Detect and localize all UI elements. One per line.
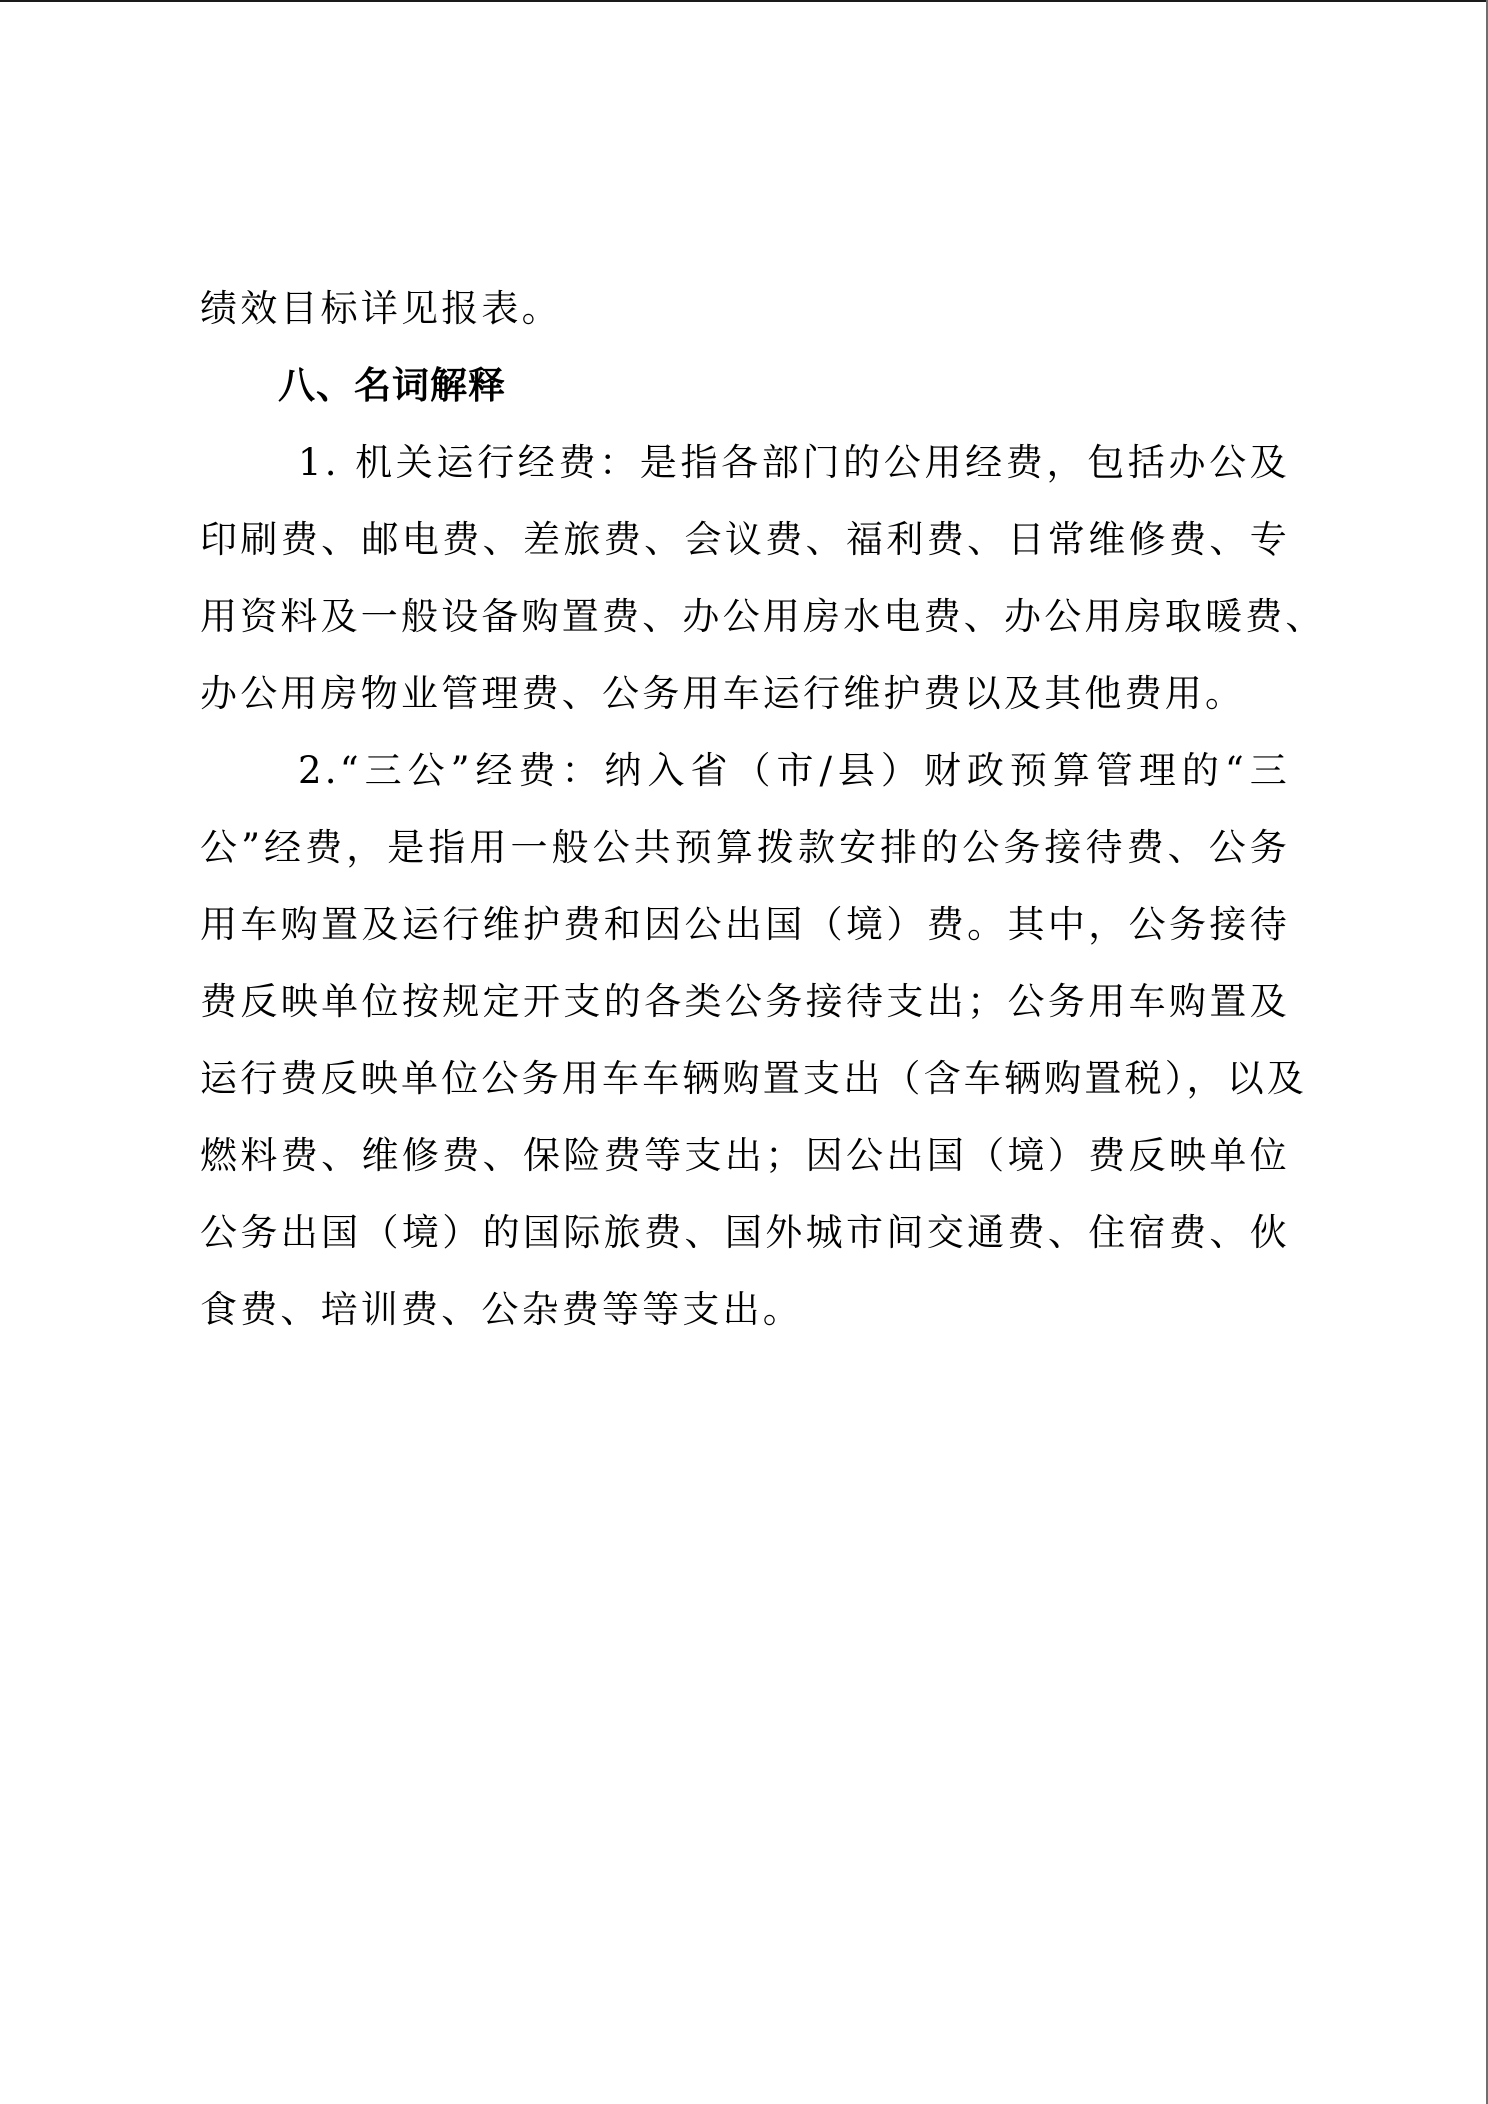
paragraph-line: 2.“三公”经费：纳入省（市/县）财政预算管理的“三 [200,732,1290,809]
paragraph-line: 公务出国（境）的国际旅费、国外城市间交通费、住宿费、伙 [200,1194,1290,1271]
paragraph-line: 办公用房物业管理费、公务用车运行维护费以及其他费用。 [200,655,1290,732]
paragraph-line: 1. 机关运行经费：是指各部门的公用经费，包括办公及 [200,424,1290,501]
intro-line: 绩效目标详见报表。 [200,270,1290,347]
paragraph-line: 燃料费、维修费、保险费等支出；因公出国（境）费反映单位 [200,1117,1290,1194]
paragraph-line: 用资料及一般设备购置费、办公用房水电费、办公用房取暖费、 [200,578,1290,655]
paragraph-line: 食费、培训费、公杂费等等支出。 [200,1271,1290,1348]
paragraph-line: 费反映单位按规定开支的各类公务接待支出；公务用车购置及 [200,963,1290,1040]
paragraph-line: 公”经费，是指用一般公共预算拨款安排的公务接待费、公务 [200,809,1290,886]
paragraph-line: 用车购置及运行维护费和因公出国（境）费。其中，公务接待 [200,886,1290,963]
paragraph-line: 印刷费、邮电费、差旅费、会议费、福利费、日常维修费、专 [200,501,1290,578]
term-paragraph-2: 2.“三公”经费：纳入省（市/县）财政预算管理的“三 公”经费，是指用一般公共预… [200,732,1290,1348]
section-heading: 八、名词解释 [200,347,1290,424]
document-body: 绩效目标详见报表。 八、名词解释 1. 机关运行经费：是指各部门的公用经费，包括… [200,270,1290,1348]
page-top-border [0,0,1488,2]
paragraph-line: 运行费反映单位公务用车车辆购置支出（含车辆购置税），以及 [200,1040,1290,1117]
term-paragraph-1: 1. 机关运行经费：是指各部门的公用经费，包括办公及 印刷费、邮电费、差旅费、会… [200,424,1290,732]
